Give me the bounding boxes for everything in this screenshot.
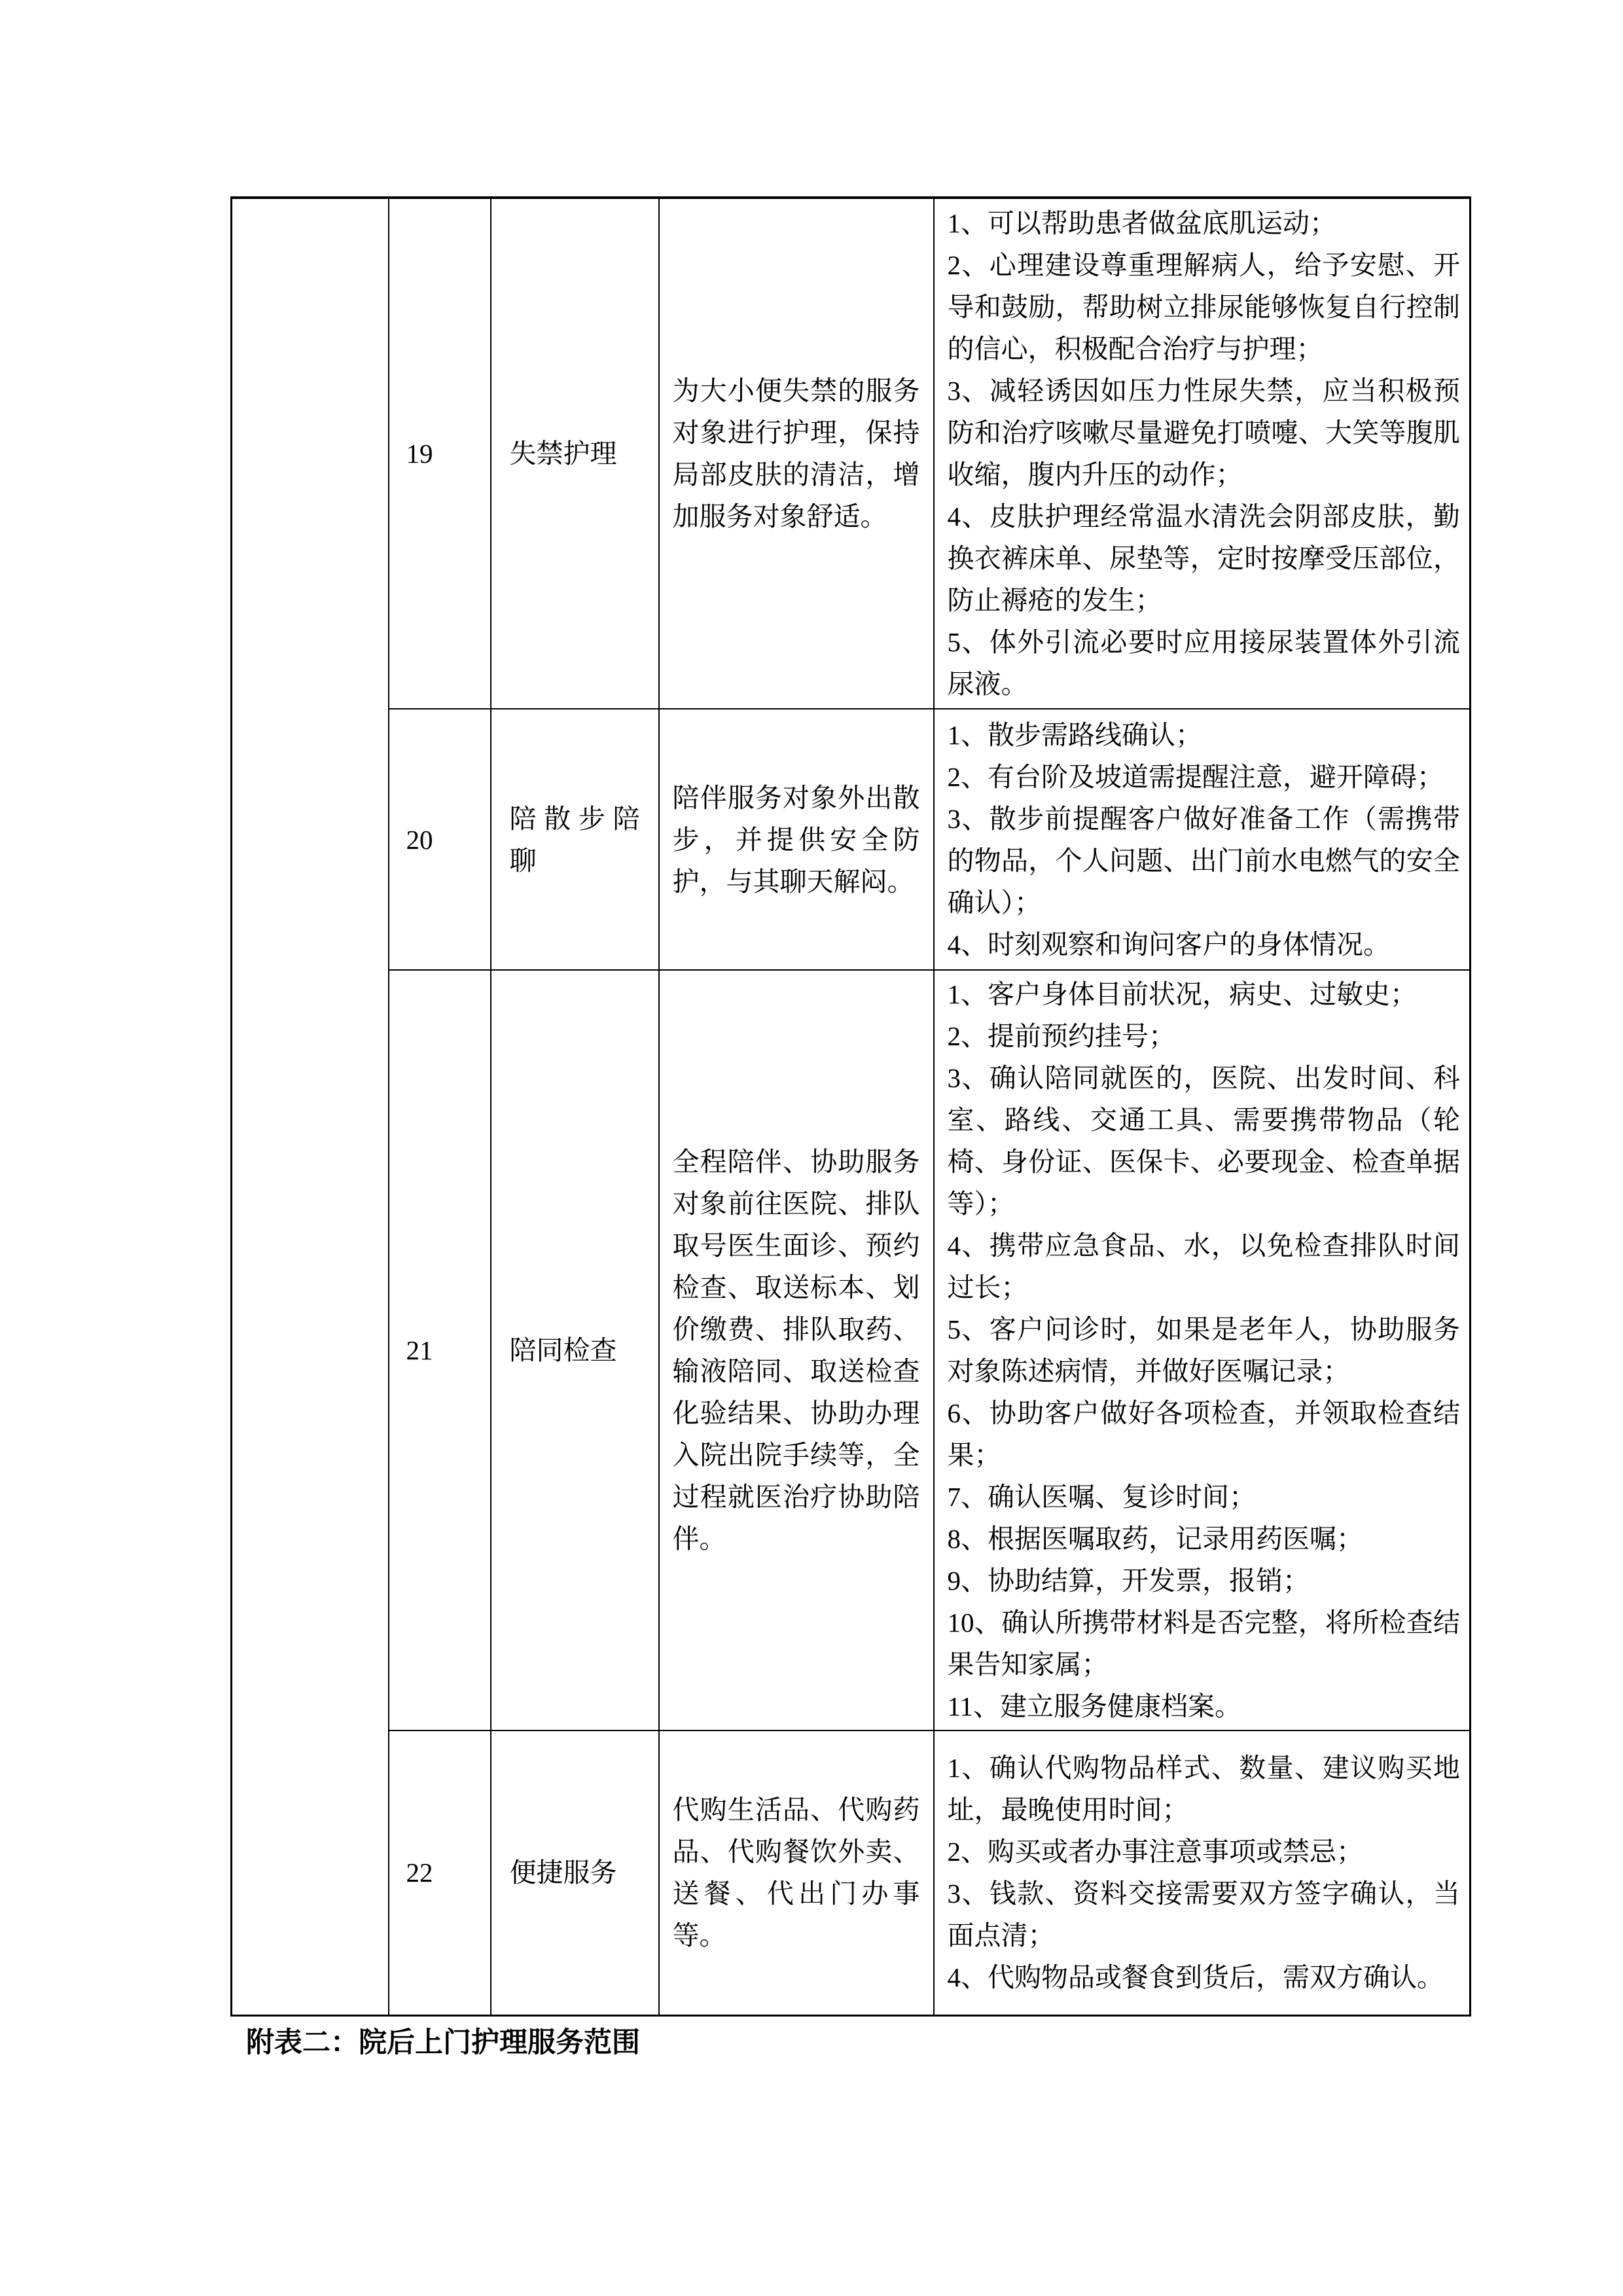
detail-item: 9、协助结算，开发票，报销； [948,1560,1461,1602]
detail-item: 2、购买或者办事注意事项或禁忌； [948,1831,1461,1873]
detail-item: 2、心理建设尊重理解病人，给予安慰、开导和鼓励，帮助树立排尿能够恢复自行控制的信… [948,244,1461,370]
row-21-service-name: 陪同检查 [491,970,659,1731]
row-20-service-details: 1、散步需路线确认；2、有台阶及坡道需提醒注意，避开障碍；3、散步前提醒客户做好… [934,709,1471,970]
row-22-service-desc: 代购生活品、代购药品、代购餐饮外卖、送餐、代出门办事等。 [659,1731,934,2015]
detail-item: 1、散步需路线确认； [948,714,1461,756]
detail-item: 1、可以帮助患者做盆底肌运动； [948,202,1461,244]
row-21-service-details: 1、客户身体目前状况，病史、过敏史；2、提前预约挂号；3、确认陪同就医的，医院、… [934,970,1471,1731]
detail-item: 3、钱款、资料交接需要双方签字确认，当面点清； [948,1873,1461,1956]
detail-item: 10、确认所携带材料是否完整，将所检查结果告知家属； [948,1602,1461,1685]
row-20-service-desc: 陪伴服务对象外出散步，并提供安全防护，与其聊天解闷。 [659,709,934,970]
detail-item: 4、代购物品或餐食到货后，需双方确认。 [948,1956,1461,1998]
row-19-service-details: 1、可以帮助患者做盆底肌运动；2、心理建设尊重理解病人，给予安慰、开导和鼓励，帮… [934,198,1471,709]
detail-item: 11、建立服务健康档案。 [948,1685,1461,1727]
detail-item: 2、有台阶及坡道需提醒注意，避开障碍； [948,756,1461,798]
detail-item: 5、体外引流必要时应用接尿装置体外引流尿液。 [948,621,1461,705]
appendix-two-caption: 附表二：院后上门护理服务范围 [246,2024,640,2063]
detail-item: 4、携带应急食品、水，以免检查排队时间过长； [948,1225,1461,1308]
detail-item: 3、减轻诱因如压力性尿失禁，应当积极预防和治疗咳嗽尽量避免打喷嚏、大笑等腹肌收缩… [948,370,1461,495]
row-20-number: 20 [389,709,491,970]
detail-item: 1、确认代购物品样式、数量、建议购买地址，最晚使用时间； [948,1747,1461,1831]
detail-item: 5、客户问诊时，如果是老年人，协助服务对象陈述病情，并做好医嘱记录； [948,1308,1461,1392]
row-22-service-details: 1、确认代购物品样式、数量、建议购买地址，最晚使用时间；2、购买或者办事注意事项… [934,1731,1471,2015]
detail-item: 2、提前预约挂号； [948,1015,1461,1057]
row-22-number: 22 [389,1731,491,2015]
row-21-number: 21 [389,970,491,1731]
detail-item: 4、皮肤护理经常温水清洗会阴部皮肤，勤换衣裤床单、尿垫等，定时按摩受压部位，防止… [948,495,1461,621]
detail-item: 1、客户身体目前状况，病史、过敏史； [948,973,1461,1015]
row-19-number: 19 [389,198,491,709]
row-22-service-name: 便捷服务 [491,1731,659,2015]
row-19-service-desc: 为大小便失禁的服务对象进行护理，保持局部皮肤的清洁，增加服务对象舒适。 [659,198,934,709]
detail-item: 8、根据医嘱取药，记录用药医嘱； [948,1518,1461,1560]
row-19-service-name: 失禁护理 [491,198,659,709]
table-row-21: 21 陪同检查 全程陪伴、协助服务对象前往医院、排队取号医生面诊、预约检查、取送… [232,970,1471,1731]
category-merged-cell [232,198,389,2015]
table-row-19: 19 失禁护理 为大小便失禁的服务对象进行护理，保持局部皮肤的清洁，增加服务对象… [232,198,1471,709]
detail-item: 3、确认陪同就医的，医院、出发时间、科室、路线、交通工具、需要携带物品（轮椅、身… [948,1057,1461,1225]
table-row-22: 22 便捷服务 代购生活品、代购药品、代购餐饮外卖、送餐、代出门办事等。 1、确… [232,1731,1471,2015]
service-scope-table: 19 失禁护理 为大小便失禁的服务对象进行护理，保持局部皮肤的清洁，增加服务对象… [230,196,1471,2017]
detail-item: 4、时刻观察和询问客户的身体情况。 [948,924,1461,965]
detail-item: 7、确认医嘱、复诊时间； [948,1476,1461,1518]
table-row-20: 20 陪散步陪聊 陪伴服务对象外出散步，并提供安全防护，与其聊天解闷。 1、散步… [232,709,1471,970]
document-page: 19 失禁护理 为大小便失禁的服务对象进行护理，保持局部皮肤的清洁，增加服务对象… [0,0,1623,2296]
detail-item: 3、散步前提醒客户做好准备工作（需携带的物品，个人问题、出门前水电燃气的安全确认… [948,798,1461,924]
detail-item: 6、协助客户做好各项检查，并领取检查结果； [948,1392,1461,1476]
row-21-service-desc: 全程陪伴、协助服务对象前往医院、排队取号医生面诊、预约检查、取送标本、划价缴费、… [659,970,934,1731]
row-20-service-name: 陪散步陪聊 [491,709,659,970]
